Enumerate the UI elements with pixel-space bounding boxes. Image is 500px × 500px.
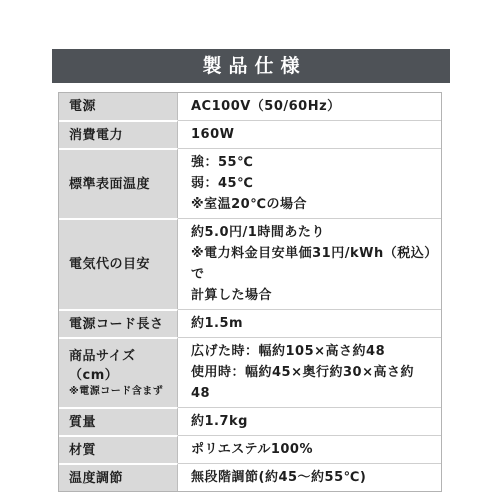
row-value: 無段階調節(約45～約55℃) xyxy=(191,467,366,488)
row-label: 商品サイズ（cm） xyxy=(69,347,171,385)
table-row: 温度調節 無段階調節(約45～約55℃) xyxy=(59,463,441,491)
row-label: 温度調節 xyxy=(69,469,123,488)
row-value-cell: 約5.0円/1時間あたり ※電力料金目安単価31円/kWh（税込）で 計算した場… xyxy=(178,218,441,309)
row-value-cell: 160W xyxy=(178,120,441,148)
table-row: 商品サイズ（cm） ※電源コード含まず 広げた時：幅約105×高さ約48 使用時… xyxy=(59,337,441,407)
row-label-note: ※電源コード含まず xyxy=(69,385,171,399)
table-row: 消費電力 160W xyxy=(59,120,441,148)
table-row: 質量 約1.7kg xyxy=(59,407,441,435)
row-label-cell: 電気代の目安 xyxy=(59,218,178,309)
row-label: 電源コード長さ xyxy=(69,315,164,334)
row-label-cell: 質量 xyxy=(59,407,178,435)
product-spec-sheet: 製品仕様 電源 AC100V（50/60Hz） 消費電力 160W xyxy=(0,0,500,500)
row-value-cell: ポリエステル100% xyxy=(178,435,441,463)
row-value: 広げた時：幅約105×高さ約48 使用時：幅約45×奥行約30×高さ約48 xyxy=(191,341,433,404)
row-value: 約1.7kg xyxy=(191,411,248,432)
row-label-cell: 電源 xyxy=(59,93,178,120)
row-value-cell: 広げた時：幅約105×高さ約48 使用時：幅約45×奥行約30×高さ約48 xyxy=(178,337,441,407)
table-row: 電源 AC100V（50/60Hz） xyxy=(59,93,441,120)
row-label: 消費電力 xyxy=(69,126,123,145)
row-label-cell: 材質 xyxy=(59,435,178,463)
row-value: 160W xyxy=(191,124,234,145)
page-title: 製品仕様 xyxy=(195,57,306,76)
row-label-cell: 標準表面温度 xyxy=(59,148,178,218)
row-label: 電気代の目安 xyxy=(69,255,150,274)
row-label: 電源 xyxy=(69,97,96,116)
row-label: 質量 xyxy=(69,413,96,432)
spec-title-banner: 製品仕様 xyxy=(52,49,450,83)
row-value-cell: 約1.7kg xyxy=(178,407,441,435)
row-value: ポリエステル100% xyxy=(191,439,313,460)
row-label-cell: 商品サイズ（cm） ※電源コード含まず xyxy=(59,337,178,407)
table-row: 材質 ポリエステル100% xyxy=(59,435,441,463)
table-row: 電源コード長さ 約1.5m xyxy=(59,309,441,337)
row-value: AC100V（50/60Hz） xyxy=(191,96,341,117)
row-value-cell: AC100V（50/60Hz） xyxy=(178,93,441,120)
row-value-cell: 無段階調節(約45～約55℃) xyxy=(178,463,441,491)
row-label-cell: 電源コード長さ xyxy=(59,309,178,337)
table-row: 標準表面温度 強：55℃ 弱：45℃ ※室温20℃の場合 xyxy=(59,148,441,218)
row-value: 約1.5m xyxy=(191,313,243,334)
table-row: 電気代の目安 約5.0円/1時間あたり ※電力料金目安単価31円/kWh（税込）… xyxy=(59,218,441,309)
row-label: 材質 xyxy=(69,441,96,460)
spec-table: 電源 AC100V（50/60Hz） 消費電力 160W xyxy=(58,92,442,492)
row-label-cell: 温度調節 xyxy=(59,463,178,491)
row-value-cell: 強：55℃ 弱：45℃ ※室温20℃の場合 xyxy=(178,148,441,218)
row-label-cell: 消費電力 xyxy=(59,120,178,148)
row-value-cell: 約1.5m xyxy=(178,309,441,337)
row-value: 強：55℃ 弱：45℃ ※室温20℃の場合 xyxy=(191,152,307,215)
row-value: 約5.0円/1時間あたり ※電力料金目安単価31円/kWh（税込）で 計算した場… xyxy=(191,222,433,306)
row-label: 標準表面温度 xyxy=(69,175,150,194)
